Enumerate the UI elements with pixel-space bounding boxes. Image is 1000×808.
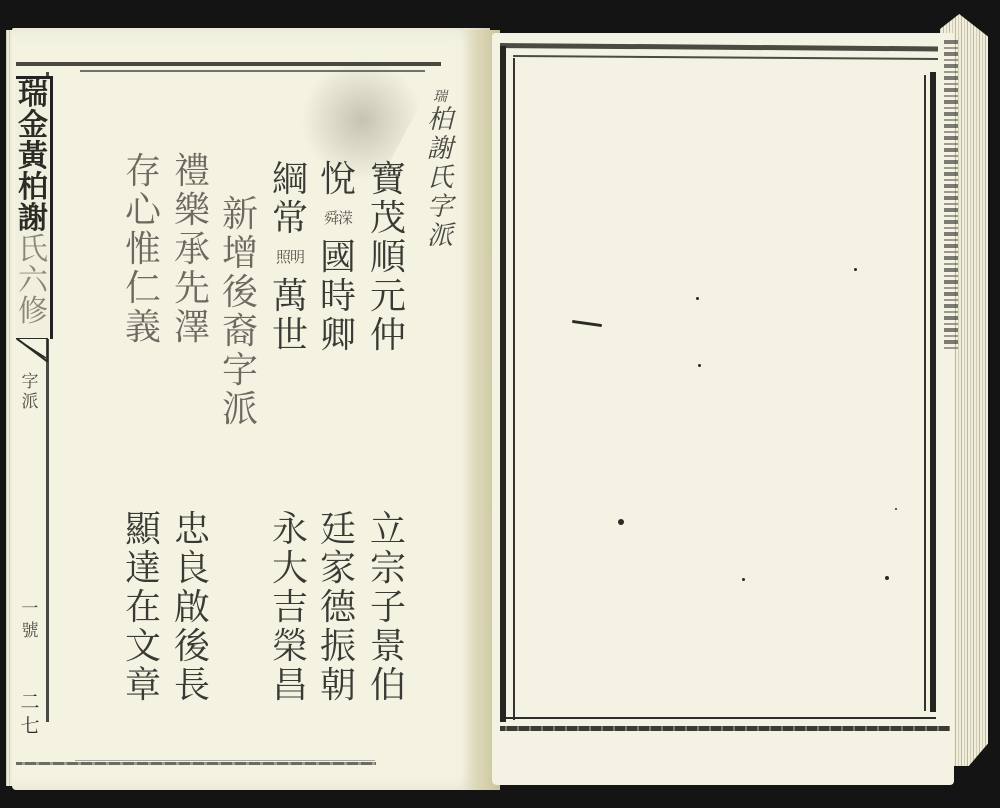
char: 承 [174,230,210,269]
char: 元 [370,277,406,316]
right-frame-bottom-rule [500,726,950,731]
generation-column: 綱 常 照明 萬 世 [272,160,308,355]
char: 瑞 [433,88,447,106]
new-generation-heading: 新 增 後 裔 字 派 [222,195,258,429]
char: 派 [427,222,453,251]
generation-column: 禮 樂 承 先 澤 [174,152,210,347]
char-annotation: 舜溁 [324,199,352,238]
right-frame-right-rule [930,72,936,712]
char: 廷 [320,510,356,549]
char: 景 [370,627,406,666]
generation-column: 忠 良 啟 後 長 [174,510,210,705]
left-frame-bottom-rule [16,762,376,765]
char: 家 [320,549,356,588]
char: 派 [222,390,258,429]
char: 字 [222,351,258,390]
char: 榮 [272,627,308,666]
char: 字 [427,193,453,222]
char: 良 [174,549,210,588]
book-scan: 瑞 金 黃 柏 謝 氏 六 修 字 派 一 號 二 七 瑞 柏 謝 氏 字 派 … [0,0,1000,808]
fishtail-mark-icon [16,338,48,362]
char: 伯 [370,666,406,705]
char: 永 [272,510,308,549]
generation-column: 廷 家 德 振 朝 [320,510,356,705]
volume-char: 號 [22,620,39,642]
char: 存 [125,152,161,191]
char: 達 [125,549,161,588]
right-edge-ink-marks [944,40,958,350]
page-number-char: 二 [20,690,39,714]
char: 啟 [174,588,210,627]
right-frame-left-thin-rule [513,58,515,720]
section-label: 字 派 [18,372,42,412]
page-number: 二 七 [18,690,42,738]
title-char: 黃 [18,142,48,172]
char: 綱 [272,160,308,199]
char: 在 [125,588,161,627]
char: 仁 [125,269,161,308]
char: 宗 [370,549,406,588]
char: 心 [125,191,161,230]
ink-speck [885,576,889,580]
char: 卿 [320,316,356,355]
char: 大 [272,549,308,588]
char-annotation: 照明 [276,238,304,277]
char: 惟 [125,230,161,269]
char: 顯 [125,510,161,549]
title-char: 修 [18,297,48,327]
char: 悅 [320,160,356,199]
generation-column: 存 心 惟 仁 義 [125,152,161,347]
char: 文 [125,627,161,666]
char: 萬 [272,277,308,316]
title-char: 瑞 [18,80,48,110]
right-frame-bottom-thin-rule [506,717,936,719]
char: 寶 [370,160,406,199]
section-char: 派 [22,392,39,412]
char: 先 [174,269,210,308]
left-frame-top-thin-rule [80,70,425,72]
char: 立 [370,510,406,549]
title-char: 柏 [18,173,48,203]
char: 仲 [370,316,406,355]
title-char: 六 [18,266,48,296]
char: 世 [272,316,308,355]
char: 茂 [370,199,406,238]
char: 子 [370,588,406,627]
book-title-strip: 瑞 金 黃 柏 謝 氏 六 修 [16,76,53,339]
generation-column: 寶 茂 順 元 仲 [370,160,406,355]
char: 義 [125,308,161,347]
left-frame-bottom-thin-rule [75,760,375,761]
char: 順 [370,238,406,277]
char: 德 [320,588,356,627]
right-frame-left-rule [500,46,506,722]
ink-speck [742,578,745,581]
page-number-char: 七 [20,714,39,738]
generation-column: 永 大 吉 榮 昌 [272,510,308,705]
char: 朝 [320,666,356,705]
char: 後 [174,627,210,666]
char: 長 [174,666,210,705]
title-char: 金 [18,111,48,141]
ink-speck [854,268,857,271]
ink-speck [618,519,624,525]
generation-column: 悅 舜溁 國 時 卿 [320,160,356,355]
char: 常 [272,199,308,238]
char: 澤 [174,308,210,347]
volume-label: 一 號 [18,598,42,642]
section-char: 字 [22,372,39,392]
right-page [492,33,954,785]
char: 樂 [174,191,210,230]
char: 國 [320,238,356,277]
char: 時 [320,277,356,316]
char: 增 [222,234,258,273]
char: 裔 [222,312,258,351]
char: 吉 [272,588,308,627]
char: 禮 [174,152,210,191]
title-char: 謝 [18,204,48,234]
char: 後 [222,273,258,312]
generation-column: 立 宗 子 景 伯 [370,510,406,705]
column-header-handwritten: 瑞 柏 謝 氏 字 派 [427,88,453,251]
char: 振 [320,627,356,666]
char: 章 [125,666,161,705]
char: 氏 [427,164,453,193]
char: 昌 [272,666,308,705]
generation-column: 顯 達 在 文 章 [125,510,161,705]
title-char: 氏 [18,235,48,265]
ink-speck [698,364,701,367]
right-frame-right-thin-rule [924,75,926,711]
ink-speck [895,508,897,510]
char: 柏 [427,106,453,135]
volume-char: 一 [22,598,39,620]
char: 忠 [174,510,210,549]
char: 謝 [427,135,453,164]
char: 新 [222,195,258,234]
ink-speck [696,297,699,300]
left-frame-top-rule [16,62,441,66]
